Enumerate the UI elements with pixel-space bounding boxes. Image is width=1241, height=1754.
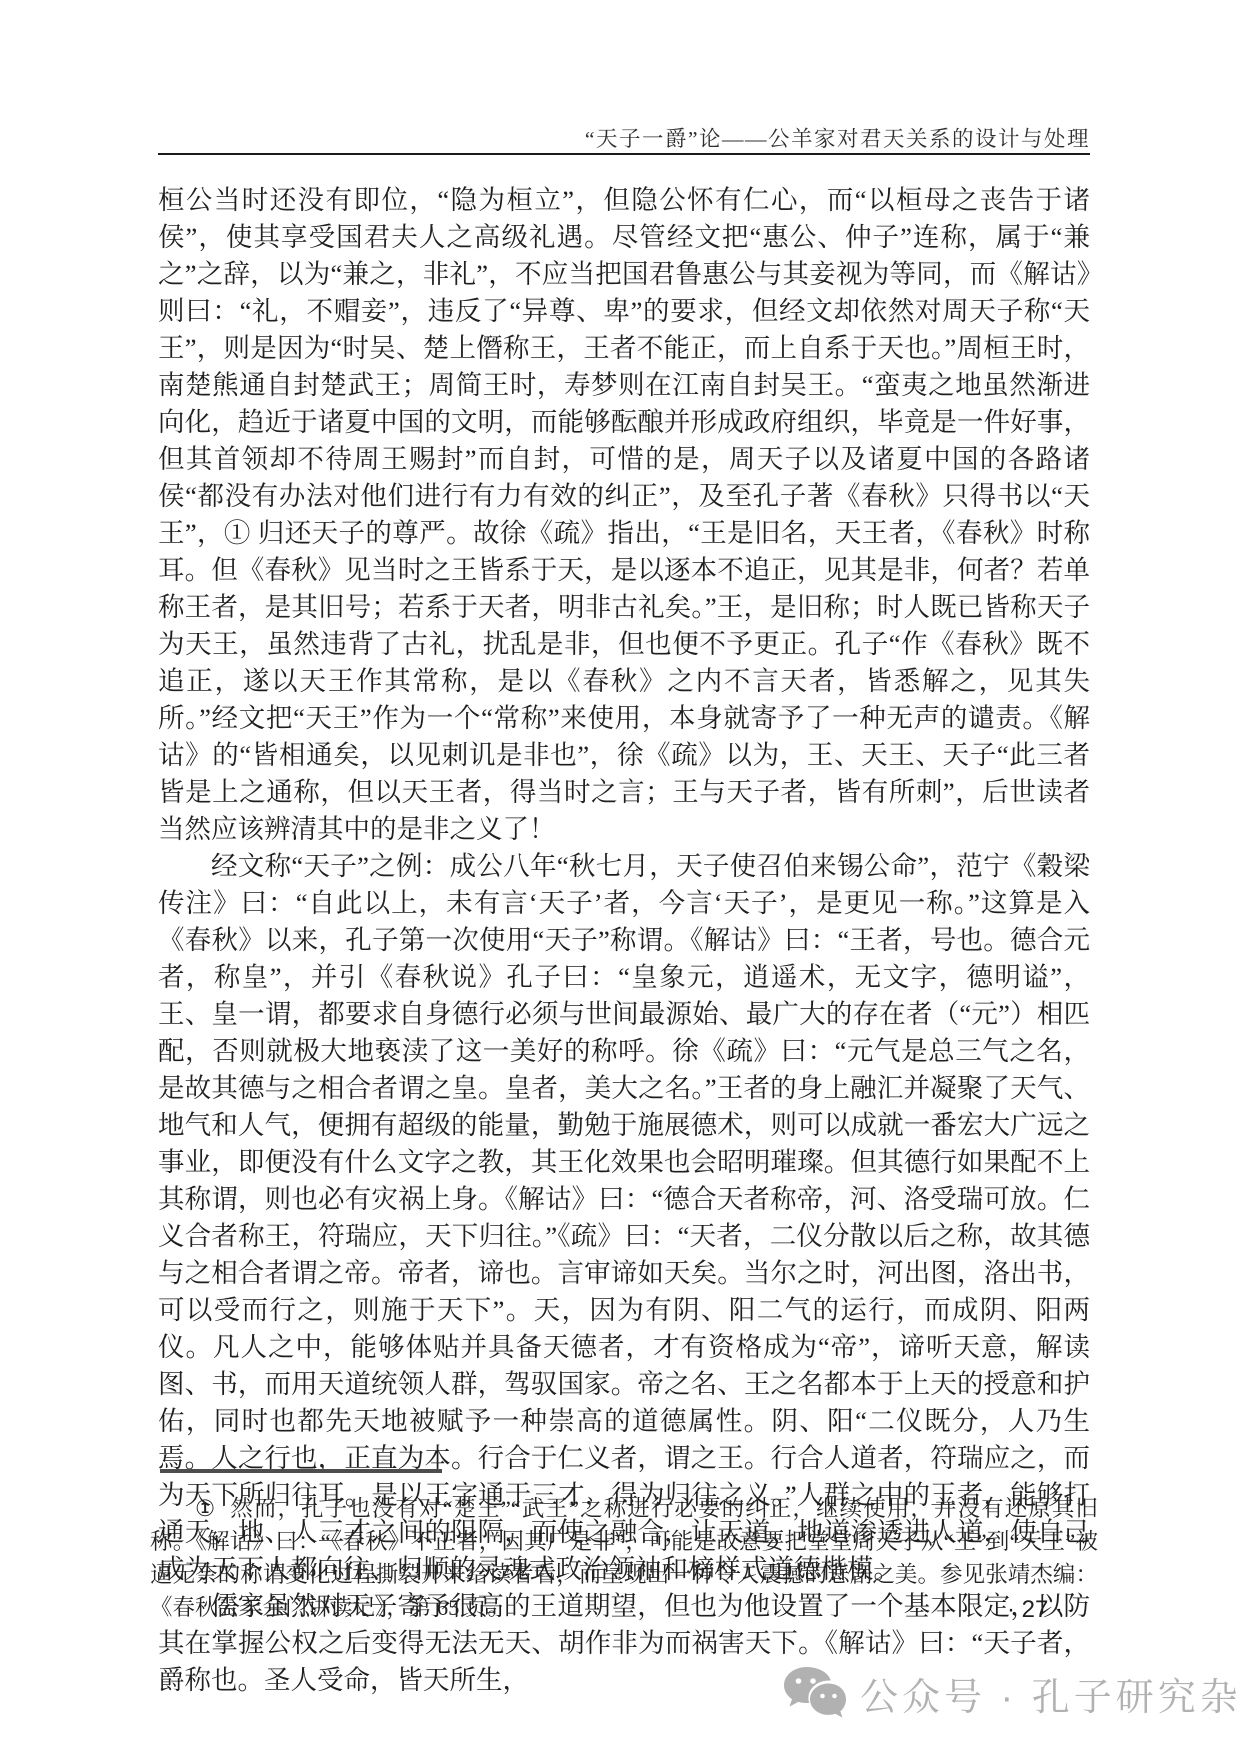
header-rule [158, 153, 1090, 155]
page-number: · 27 · [955, 1596, 1115, 1624]
wechat-icon [782, 1664, 846, 1722]
watermark: 公众号 · 孔子研究杂志 [782, 1664, 1241, 1722]
running-head-title: “天子一爵”论——公羊家对君天关系的设计与处理 [158, 122, 1090, 153]
body-paragraph: 桓公当时还没有即位，“隐为桓立”，但隐公怀有仁心，而“以桓母之丧告于诸侯”，使其… [158, 182, 1090, 848]
watermark-text: 公众号 · 孔子研究杂志 [860, 1666, 1241, 1721]
footnote-marker: ① [195, 1496, 216, 1521]
journal-page: “天子一爵”论——公羊家对君天关系的设计与处理 桓公当时还没有即位，“隐为桓立”… [0, 0, 1241, 1754]
body-paragraph: 经文称“天子”之例：成公八年“秋七月，天子使召伯来锡公命”，范宁《穀梁传注》曰：… [158, 848, 1090, 1588]
footnote-separator [160, 1469, 442, 1473]
